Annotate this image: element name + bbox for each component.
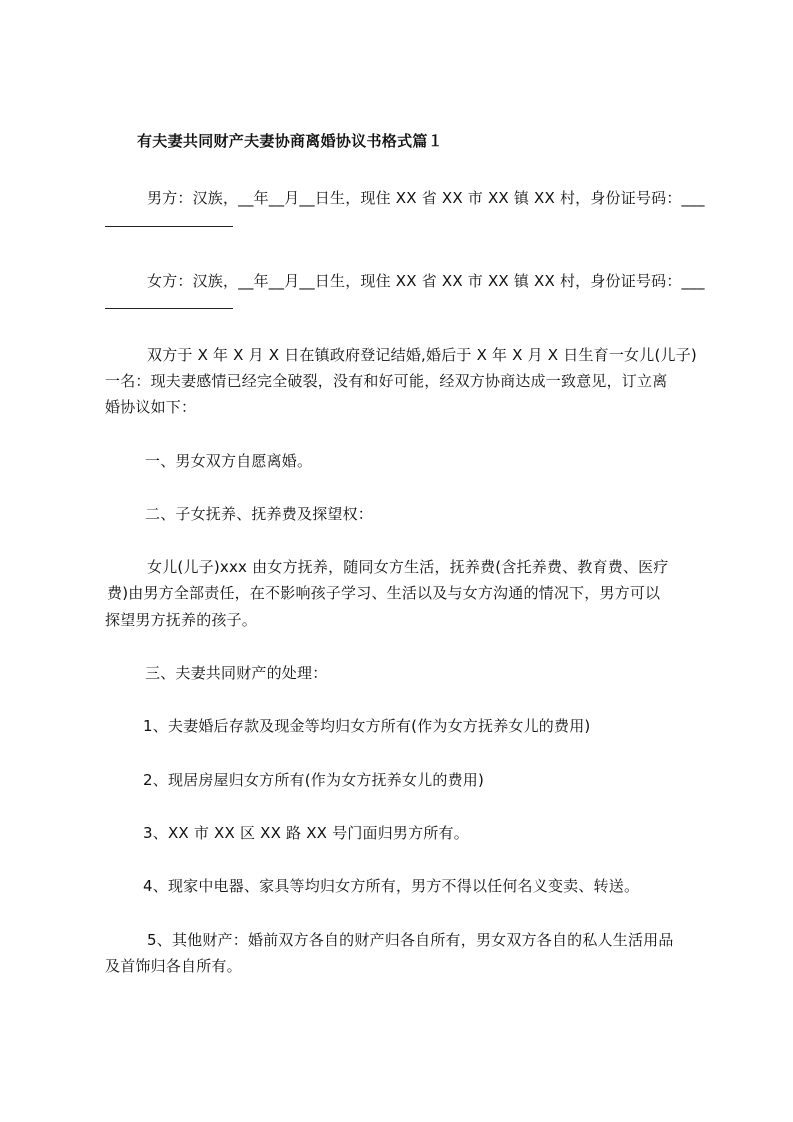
document-page: 有夫妻共同财产夫妻协商离婚协议书格式篇１ 男方：汉族，__年__月__日生，现住… [0,0,793,1122]
section-2-heading: 二、子女抚养、抚养费及探望权： [145,505,750,523]
intro-line-1: 双方于 X 年 X 月 X 日在镇政府登记结婚,婚后于 X 年 X 月 X 日生… [147,346,752,364]
section-3-heading: 三、夫妻共同财产的处理： [145,664,750,682]
property-item-3: 3、XX 市 XX 区 XX 路 XX 号门面归男方所有。 [143,824,748,842]
intro-line-3: 婚协议如下： [105,398,710,416]
husband-info: 男方：汉族，__年__月__日生，现住 XX 省 XX 市 XX 镇 XX 村，… [147,189,752,207]
property-item-1: 1、夫妻婚后存款及现金等均归女方所有(作为女方抚养女儿的费用) [143,717,748,735]
wife-id-blank-line [105,308,233,309]
custody-line-2: 费)由男方全部责任，在不影响孩子学习、生活以及与女方沟通的情况下，男方可以 [107,584,712,602]
section-1-heading: 一、男女双方自愿离婚。 [145,452,750,470]
property-item-5-line-1: 5、其他财产：婚前双方各自的财产归各自所有，男女双方各自的私人生活用品 [147,931,752,949]
custody-line-3: 探望男方抚养的孩子。 [105,611,710,629]
custody-line-1: 女儿(儿子)xxx 由女方抚养，随同女方生活，抚养费(含托养费、教育费、医疗 [147,558,752,576]
property-item-2: 2、现居房屋归女方所有(作为女方抚养女儿的费用) [143,771,748,789]
document-title: 有夫妻共同财产夫妻协商离婚协议书格式篇１ [137,131,443,151]
wife-info: 女方：汉族，__年__月__日生，现住 XX 省 XX 市 XX 镇 XX 村，… [147,272,752,290]
property-item-5-line-2: 及首饰归各自所有。 [105,957,710,975]
property-item-4: 4、现家中电器、家具等均归女方所有，男方不得以任何名义变卖、转送。 [143,877,748,895]
intro-line-2: 一名：现夫妻感情已经完全破裂，没有和好可能，经双方协商达成一致意见，订立离 [105,372,710,390]
husband-id-blank-line [105,226,233,227]
